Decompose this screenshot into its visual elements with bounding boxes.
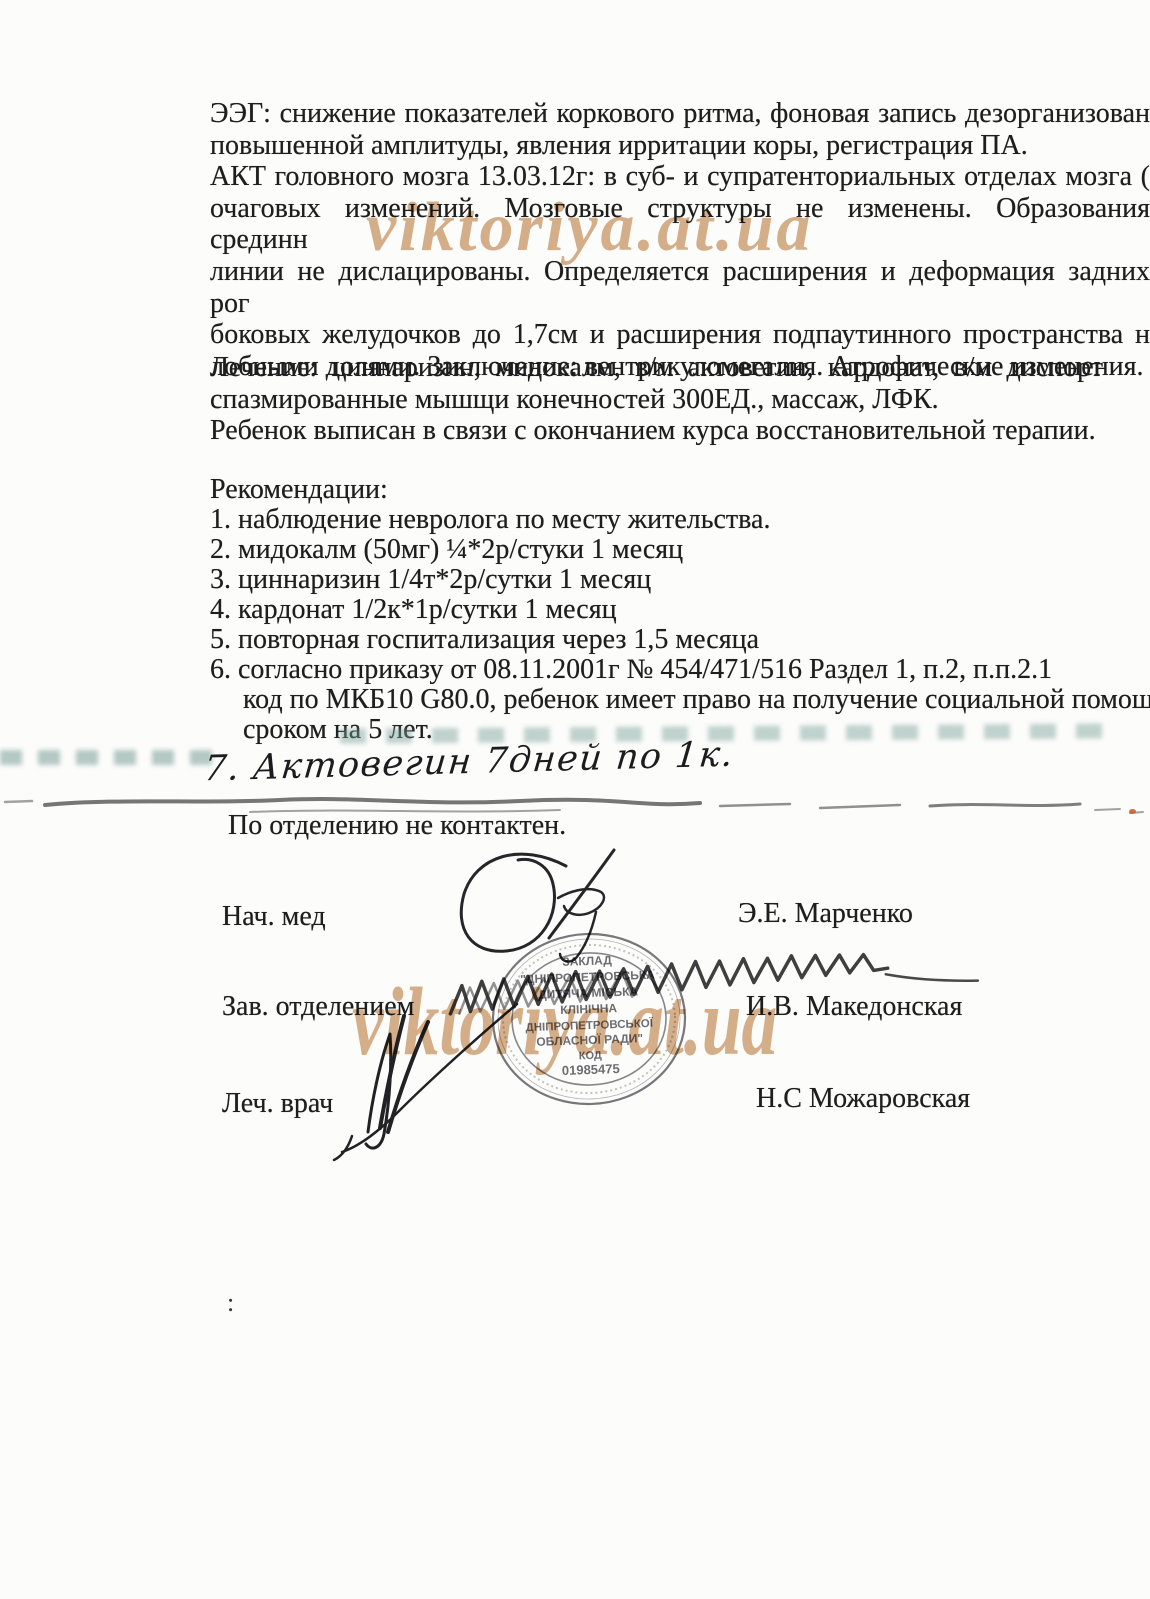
contact-note: По отделению не контактен. (228, 810, 566, 842)
list-item: 1. наблюдение невролога по месту жительс… (210, 505, 1150, 535)
stray-orange-speck (1129, 809, 1136, 814)
stray-colon-mark: : (227, 1288, 234, 1318)
recommendations-list: 1. наблюдение невролога по месту жительс… (210, 505, 1150, 745)
paragraph-line: боковых желудочков до 1,7см и расширения… (210, 319, 1150, 351)
recommendations-title: Рекомендации: (210, 474, 1150, 506)
list-item: 3. циннаризин 1/4т*2р/сутки 1 месяц (210, 565, 1150, 595)
paragraph-line: Ребенок выписан в связи с окончанием кур… (210, 415, 1150, 447)
watermark-bottom: viktoriya.at.ua (352, 966, 777, 1078)
list-item-continuation: код по МКБ10 G80.0, ребенок имеет право … (210, 685, 1150, 715)
list-item: 4. кардонат 1/2к*1р/сутки 1 месяц (210, 595, 1150, 625)
signature-name-mozharovskaya: Н.С Можаровская (756, 1083, 970, 1115)
list-item: 5. повторная госпитализация через 1,5 ме… (210, 625, 1150, 655)
treatment-paragraph: Лечение: циннаризин, мидокалм, в/м актов… (210, 352, 1150, 447)
list-item: 2. мидокалм (50мг) ¼*2р/стуки 1 месяц (210, 535, 1150, 565)
watermark-top: viktoriya.at.ua (366, 188, 813, 268)
list-item: 6. согласно приказу от 08.11.2001г № 454… (210, 655, 1150, 685)
smudge-band (5, 799, 1143, 813)
signature-name-marchenko: Э.Е. Марченко (738, 898, 913, 930)
signature-label-lech-vrach: Леч. врач (222, 1088, 333, 1120)
signature-label-nach-med: Нач. мед (222, 901, 326, 933)
signature-name-makedonskaya: И.В. Македонская (746, 991, 962, 1023)
paragraph-line: повышенной амплитуды, явления ирритации … (210, 130, 1150, 162)
scanned-document-page: ЭЭГ: снижение показателей коркового ритм… (0, 0, 1150, 1599)
paragraph-line: Лечение: циннаризин, мидокалм, в/м актов… (210, 352, 1103, 384)
erased-text-remnant (0, 750, 228, 765)
paragraph-line: ЭЭГ: снижение показателей коркового ритм… (210, 98, 1150, 130)
paragraph-line: спазмированные мышщи конечностей 300ЕД.,… (210, 384, 1150, 416)
